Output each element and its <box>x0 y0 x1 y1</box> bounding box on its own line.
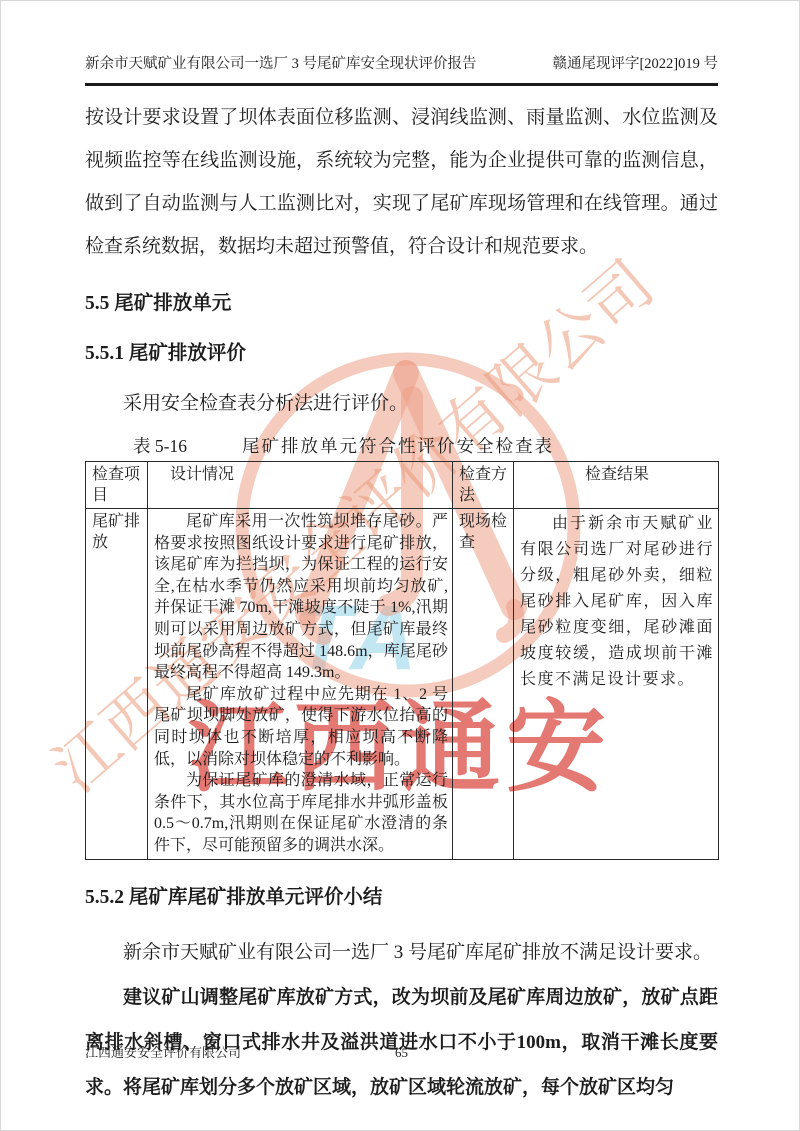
col-header-check-item: 检查项目 <box>86 462 148 509</box>
section-5-5-1-body: 采用安全检查表分析法进行评价。 <box>85 390 718 418</box>
section-5-5-heading: 5.5 尾矿排放单元 <box>85 292 718 316</box>
header-report-title: 新余市天赋矿业有限公司一选厂 3 号尾矿库安全现状评价报告 <box>85 54 477 74</box>
header-doc-number: 赣通尾现评字[2022]019 号 <box>552 54 718 74</box>
table-header-row: 检查项目 设计情况 检查方法 检查结果 <box>86 462 719 509</box>
section-5-5-2-heading: 5.5.2 尾矿库尾矿排放单元评价小结 <box>85 886 718 910</box>
section-5-5-2-paragraph: 新余市天赋矿业有限公司一选厂 3 号尾矿库尾矿排放不满足设计要求。 <box>85 931 718 974</box>
table-caption-label: 表 5-16 <box>133 434 187 458</box>
document-page: TA 江西通安安全评价有限公司 江西通安 新余市天赋矿业有限公司一选厂 3 号尾… <box>0 0 800 1131</box>
design-paragraph: 为保证尾矿库的澄清水域，正常运行条件下，其水位高于库尾排水井弧形盖板 0.5～0… <box>154 770 448 856</box>
header-rule <box>85 83 718 86</box>
recommendation-paragraph: 建议矿山调整尾矿库放矿方式，改为坝前及尾矿库周边放矿，放矿点距离排水斜槽、窗口式… <box>85 975 718 1110</box>
table-caption: 表 5-16 尾矿排放单元符合性评价安全检查表 <box>85 434 718 458</box>
cell-check-result: 由于新余市天赋矿业有限公司选厂对尾砂进行分级，粗尾砂外卖，细粒尾砂排入尾矿库，因… <box>514 509 719 860</box>
cell-design-situation: 尾矿库采用一次性筑坝堆存尾砂。严格要求按照图纸设计要求进行尾矿排放，该尾矿库为拦… <box>148 509 453 860</box>
page-header: 新余市天赋矿业有限公司一选厂 3 号尾矿库安全现状评价报告 赣通尾现评字[202… <box>85 54 718 74</box>
cell-check-item: 尾矿排放 <box>86 509 148 860</box>
design-paragraph: 尾矿库放矿过程中应先期在 1、2 号尾矿坝坝脚处放矿，使得下游水位抬高的同时坝体… <box>154 684 448 770</box>
col-header-check-result: 检查结果 <box>514 462 719 509</box>
table-caption-title: 尾矿排放单元符合性评价安全检查表 <box>242 434 554 458</box>
col-header-check-method: 检查方法 <box>453 462 514 509</box>
page-content: 新余市天赋矿业有限公司一选厂 3 号尾矿库安全现状评价报告 赣通尾现评字[202… <box>0 0 800 1110</box>
intro-paragraph: 按设计要求设置了坝体表面位移监测、浸润线监测、雨量监测、水位监测及视频监控等在线… <box>85 96 718 268</box>
checklist-table: 检查项目 设计情况 检查方法 检查结果 尾矿排放 尾矿库采用一次性筑坝堆存尾砂。… <box>85 461 719 860</box>
result-paragraph: 由于新余市天赋矿业有限公司选厂对尾砂进行分级，粗尾砂外卖，细粒尾砂排入尾矿库，因… <box>520 511 714 693</box>
design-paragraph: 尾矿库采用一次性筑坝堆存尾砂。严格要求按照图纸设计要求进行尾矿排放，该尾矿库为拦… <box>154 511 448 684</box>
table-row: 尾矿排放 尾矿库采用一次性筑坝堆存尾砂。严格要求按照图纸设计要求进行尾矿排放，该… <box>86 509 719 860</box>
col-header-design-situation: 设计情况 <box>148 462 453 509</box>
cell-check-method: 现场检查 <box>453 509 514 860</box>
section-5-5-1-heading: 5.5.1 尾矿排放评价 <box>85 342 718 366</box>
